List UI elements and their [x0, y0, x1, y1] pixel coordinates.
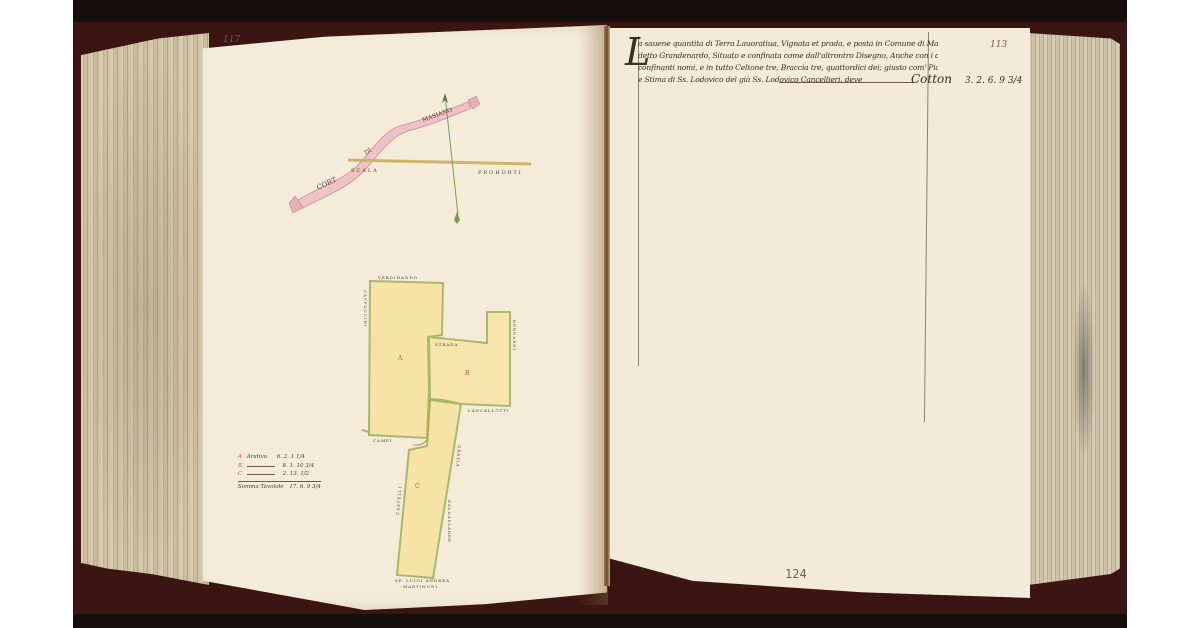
boundary-label: GRAZIA: [455, 445, 462, 468]
legend-total-value: 17. 6. 9 3/4: [289, 484, 321, 490]
boundary-label: SP. LUIGI ANDREA: [395, 578, 450, 583]
area-legend: A Arativo 6. 2. 1 1/4 B 8. 1. 10 3/4 C 2…: [238, 453, 321, 491]
legend-total: Somma Tavolole 17. 6. 9 3/4: [238, 481, 321, 492]
scale-label-right: PROHORTI: [478, 170, 523, 176]
legend-value: 6. 2. 1 1/4: [277, 454, 305, 460]
legend-mark: B: [238, 463, 242, 469]
boundary-label: LANCELLOTTI: [468, 408, 510, 413]
legend-value: 2. 13. 1/2: [283, 471, 309, 477]
scale-label-left: SCALA: [351, 168, 379, 174]
boundary-label: CAPPUCCINI: [363, 290, 368, 327]
legend-value: 8. 1. 10 3/4: [283, 463, 315, 469]
legend-row: B 8. 1. 10 3/4: [238, 462, 321, 471]
legend-label: Arativo: [247, 454, 267, 460]
parcel-label-b: B: [465, 370, 470, 377]
parcel-label-a: A: [397, 355, 403, 362]
boundary-label: BERNARDI: [512, 320, 517, 351]
boundary-label: CAMPI: [373, 438, 392, 443]
scale-bar: SCALA PROHORTI: [348, 160, 531, 176]
cadastral-map: CORT DI MASIANO SCALA PROHORTI A B C: [73, 0, 1127, 628]
boundary-label: BALDASSARRE: [447, 500, 452, 543]
legend-total-label: Somma Tavolole: [238, 484, 284, 490]
boundary-label: VERDINANDO: [377, 275, 418, 280]
legend-row: A Arativo 6. 2. 1 1/4: [238, 453, 321, 462]
legend-mark: C: [238, 471, 242, 477]
parcel-outlines: A B C: [362, 281, 510, 578]
legend-mark: A: [238, 454, 242, 460]
boundary-label: STRADA: [435, 342, 458, 347]
boundary-label: CASTELLI: [395, 486, 403, 515]
scanned-book-spread: 117 113 L a sauene quantita di Terra Lau…: [73, 0, 1127, 628]
boundary-label: MARTINONI: [403, 584, 438, 589]
parcel-label-c: C: [415, 483, 420, 490]
legend-row: C 2. 13. 1/2: [238, 470, 321, 479]
